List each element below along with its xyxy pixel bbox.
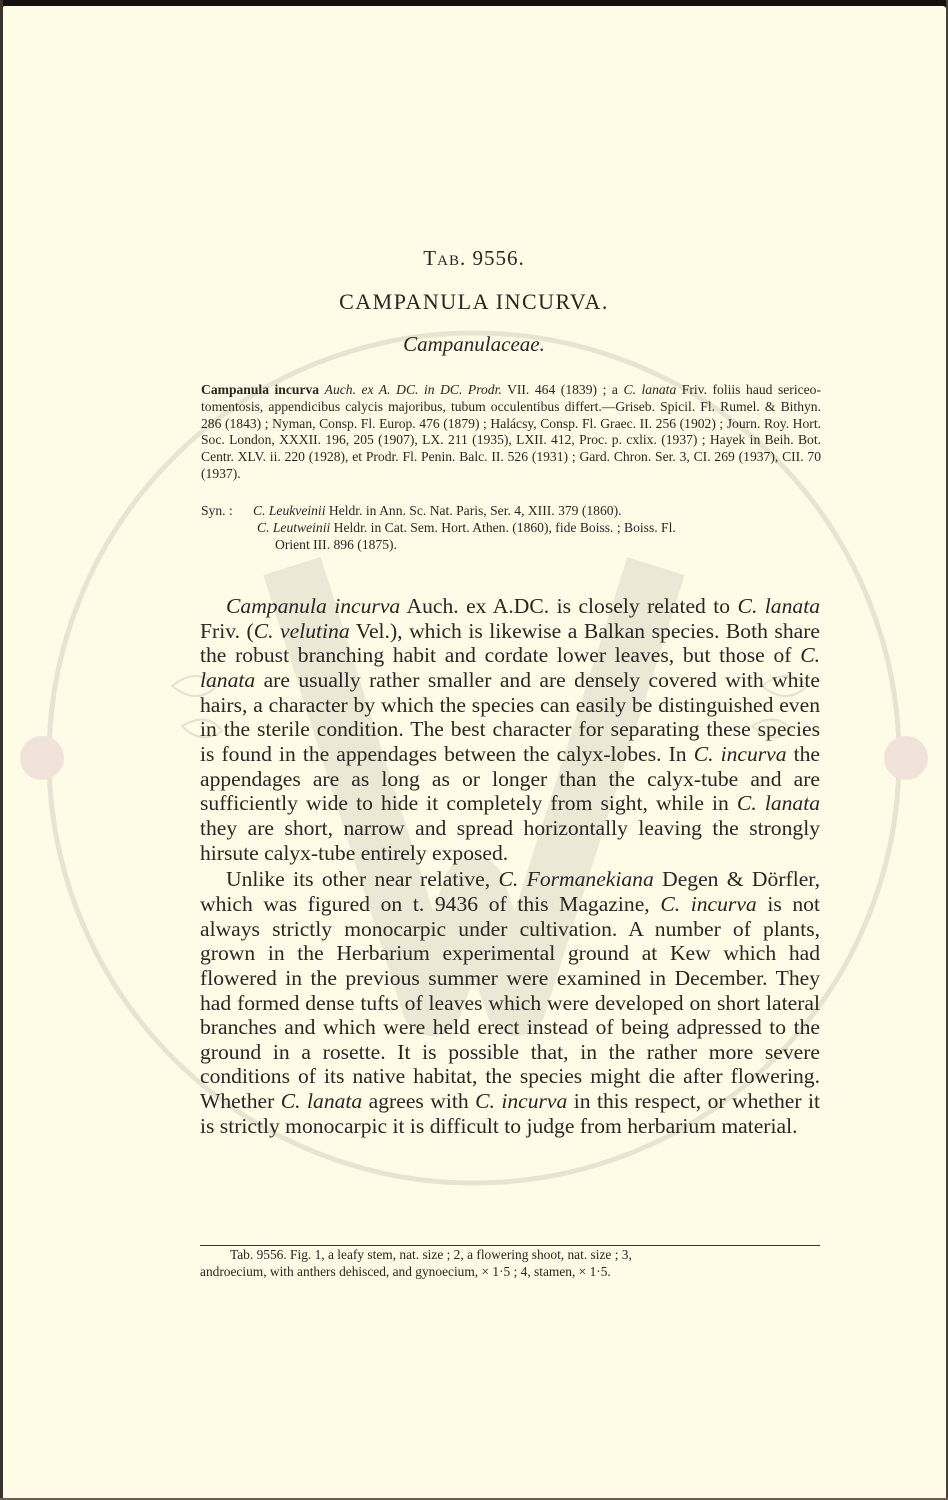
- italic-species-name: C. lanata: [281, 1089, 362, 1113]
- italic-species-name: C. Formanekiana: [499, 867, 654, 891]
- italic-species-name: C. lanata: [737, 791, 820, 815]
- text-run: Unlike its other near relative,: [226, 867, 499, 891]
- italic-species-name: Campanula incurva: [226, 594, 400, 618]
- text-run: is not always strictly monocarpic under …: [200, 892, 820, 1113]
- synonym-name: C. Leukveinii: [253, 503, 325, 518]
- synonym-text: Heldr. in Ann. Sc. Nat. Paris, Ser. 4, X…: [325, 503, 621, 518]
- paragraph-2: Unlike its other near relative, C. Forma…: [200, 867, 820, 1138]
- authority: Auch. ex A. DC. in DC. Prodr.: [325, 382, 502, 397]
- plate-caption: Tab. 9556. Fig. 1, a leafy stem, nat. si…: [200, 1247, 820, 1280]
- synonym-continuation: Orient III. 896 (1875).: [201, 537, 821, 554]
- text-run: Auch. ex A.DC. is closely related to: [400, 594, 737, 618]
- text-run: agrees with: [362, 1089, 475, 1113]
- synonyms-block: Syn. : C. Leukveinii Heldr. in Ann. Sc. …: [201, 503, 821, 553]
- body-text: Campanula incurva Auch. ex A.DC. is clos…: [200, 594, 820, 1138]
- synonym-name: C. Leutweinii: [257, 520, 330, 535]
- italic-species-name: C. lanata: [738, 594, 820, 618]
- text-run: Friv. (: [200, 619, 254, 643]
- document-page: Tab. 9556. CAMPANULA INCURVA. Campanulac…: [2, 6, 946, 1498]
- paragraph-1: Campanula incurva Auch. ex A.DC. is clos…: [200, 594, 820, 865]
- tab-prefix: Tab.: [423, 246, 466, 270]
- caption-line-2: androecium, with anthers dehisced, and g…: [200, 1264, 820, 1281]
- caption-line-1: Tab. 9556. Fig. 1, a leafy stem, nat. si…: [200, 1247, 820, 1264]
- family-name: Campanulaceae.: [2, 332, 946, 357]
- scan-left-edge: [0, 0, 3, 1500]
- synonyms-label: Syn. :: [201, 503, 253, 520]
- tab-number: 9556.: [472, 246, 524, 270]
- italic-species-name: C. incurva: [475, 1089, 567, 1113]
- text-run: they are short, narrow and spread horizo…: [200, 816, 820, 865]
- tab-number-heading: Tab. 9556.: [2, 246, 946, 271]
- citation-block: Campanula incurva Auch. ex A. DC. in DC.…: [201, 382, 821, 483]
- italic-species-name: C. incurva: [694, 742, 787, 766]
- synonym-row: C. Leutweinii Heldr. in Cat. Sem. Hort. …: [201, 520, 821, 537]
- citation-ref: VII. 464 (1839) ; a: [502, 382, 624, 397]
- related-species: C. lanata: [624, 382, 677, 397]
- synonym-row: Syn. : C. Leukveinii Heldr. in Ann. Sc. …: [201, 503, 821, 520]
- footnote-divider: [200, 1245, 820, 1246]
- italic-species-name: C. incurva: [660, 892, 756, 916]
- plant-title: CAMPANULA INCURVA.: [2, 289, 946, 315]
- species-name: Campanula incurva: [201, 382, 319, 397]
- synonym-text: Heldr. in Cat. Sem. Hort. Athen. (1860),…: [330, 520, 676, 535]
- italic-species-name: C. velutina: [254, 619, 350, 643]
